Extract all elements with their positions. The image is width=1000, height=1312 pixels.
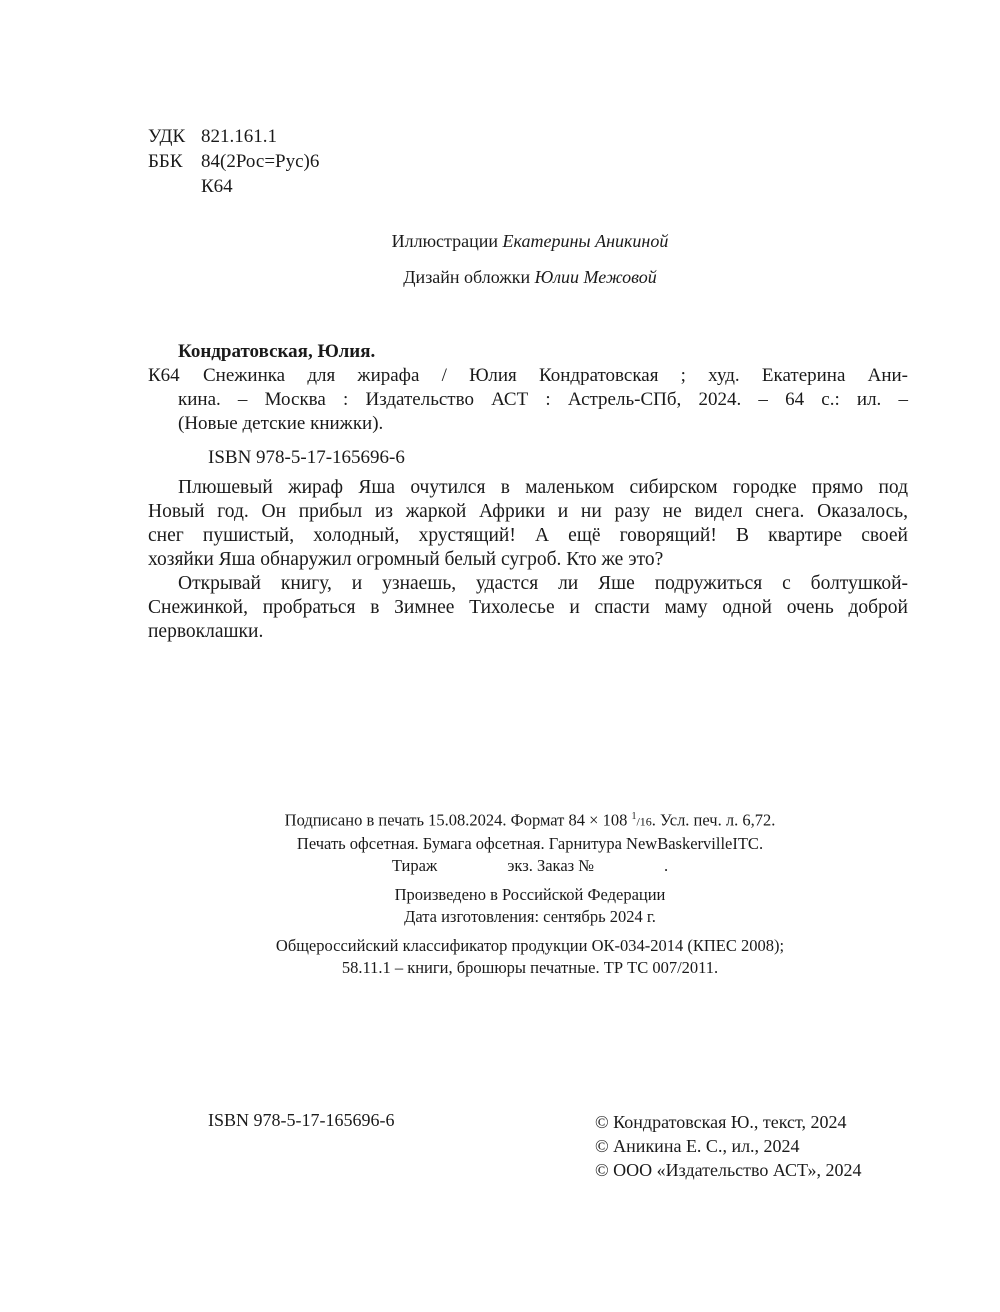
udk-label: УДК [148,124,201,149]
illustrator-name: Екатерины Аникиной [503,231,669,251]
bbk-label: ББК [148,149,201,174]
cover-design-credit: Дизайн обложки Юлии Межовой [0,267,1000,288]
bibliographic-record: Кондратовская, Юлия. К64 Снежинка для жи… [148,340,908,470]
author-mark: К64 [201,174,233,199]
author-heading: Кондратовская, Юлия. [148,340,908,364]
udk-value: 821.161.1 [201,124,277,149]
imprint-block: Подписано в печать 15.08.2024. Формат 84… [0,806,1000,979]
classifier-line-2: 58.11.1 – книги, брошюры печатные. ТР ТС… [0,957,1000,979]
author-mark-code: К64 [148,364,203,388]
bbk-row: ББК 84(2Рос=Рус)6 [148,149,319,174]
signed-to-print-line: Подписано в печать 15.08.2024. Формат 84… [0,806,1000,833]
udk-row: УДК 821.161.1 [148,124,319,149]
annotation-paragraph-1: Плюшевый жираф Яша очутился в маленьком … [148,476,908,572]
record-line-1: Снежинка для жирафа / Юлия Кондратовская… [203,364,908,388]
classification-block: УДК 821.161.1 ББК 84(2Рос=Рус)6 К64 [148,124,319,199]
footer-isbn: ISBN 978-5-17-165696-6 [208,1110,395,1131]
made-in-line: Произведено в Российской Федерации [0,884,1000,906]
print-details-line: Печать офсетная. Бумага офсетная. Гарнит… [0,833,1000,855]
illustrations-credit: Иллюстрации Екатерины Аникиной [0,231,1000,252]
record-line-3: (Новые детские книжки). [178,413,383,434]
copyright-text: © Кондратовская Ю., текст, 2024 [595,1110,862,1134]
classifier-line-1: Общероссийский классификатор продукции О… [0,935,1000,957]
record-line-2: кина. – Москва : Издательство АСТ : Астр… [178,388,908,412]
bbk-value: 84(2Рос=Рус)6 [201,149,319,174]
cover-designer-name: Юлии Межовой [535,267,657,287]
copyright-block: © Кондратовская Ю., текст, 2024 © Аникин… [595,1110,862,1182]
annotation: Плюшевый жираф Яша очутился в маленьком … [148,476,908,644]
print-run-line: Тиражэкз. Заказ №. [0,855,1000,877]
manufacture-date-line: Дата изготовления: сентябрь 2024 г. [0,906,1000,928]
copyright-illustrations: © Аникина Е. С., ил., 2024 [595,1134,862,1158]
author-mark-row: К64 [148,174,319,199]
record-isbn: ISBN 978-5-17-165696-6 [148,446,908,470]
copyright-publisher: © ООО «Издательство АСТ», 2024 [595,1158,862,1182]
annotation-paragraph-2: Открывай книгу, и узнаешь, удастся ли Яш… [148,572,908,644]
